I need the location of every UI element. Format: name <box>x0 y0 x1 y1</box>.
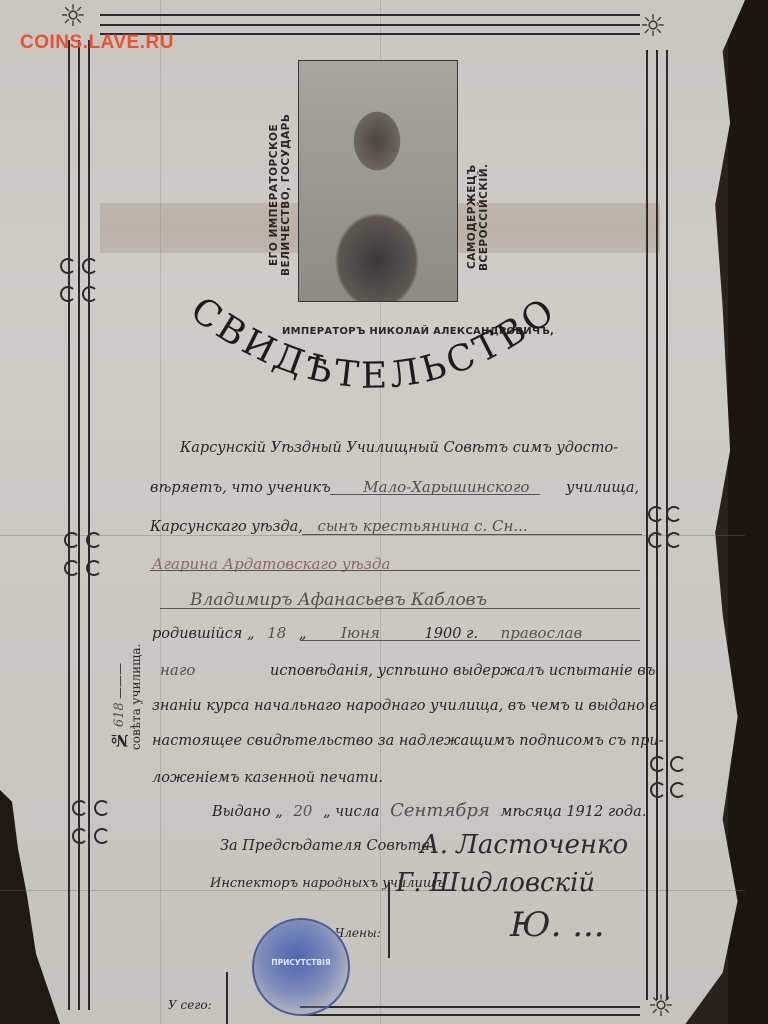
body-line-5: Владимиръ Афанасьевъ Кабловъ <box>190 590 487 610</box>
scroll-ornament-icon <box>60 258 76 274</box>
number-label: № <box>110 731 129 750</box>
scroll-ornament-icon <box>648 506 664 522</box>
issued-mid: „ числа <box>323 804 379 820</box>
parent-status: сынъ крестьянина с. Сн... <box>318 517 528 535</box>
official-stamp: ПРИСУТСТВІЯ <box>252 918 350 1016</box>
bracket-line2: училища. <box>129 644 143 705</box>
fold-line <box>0 535 745 536</box>
body-line-3-prefix: Карсунскаго уѣзда, <box>150 519 303 535</box>
member-signature-2: Ю. ... <box>510 905 605 945</box>
body-line-9: настоящее свидѣтельство за надлежащимъ п… <box>152 733 664 749</box>
scroll-ornament-icon <box>648 532 664 548</box>
body-line-2-prefix: вѣряетъ, что ученикъ <box>150 480 331 496</box>
scroll-ornament-icon <box>670 782 686 798</box>
scroll-ornament-icon <box>60 286 76 302</box>
svg-text:СВИДѢТЕЛЬСТВО.: СВИДѢТЕЛЬСТВО. <box>180 290 565 397</box>
body-line-10: ложеніемъ казенной печати. <box>152 770 383 786</box>
corner-sun-ornament-icon: ☼ <box>636 10 670 44</box>
fill-line <box>300 640 640 641</box>
body-line-1: Карсунскій Уѣздный Училищный Совѣтъ симъ… <box>180 440 618 456</box>
emperor-portrait <box>298 60 458 302</box>
scroll-ornament-icon <box>650 782 666 798</box>
scroll-ornament-icon <box>670 756 686 772</box>
scroll-ornament-icon <box>666 506 682 522</box>
issued-month: Сентября <box>390 800 490 821</box>
body-line-2-suffix: училища, <box>566 480 639 496</box>
stamp-text: ПРИСУТСТВІЯ <box>254 958 348 967</box>
issued-suffix: мѣсяца 1912 года. <box>500 804 646 820</box>
secretary-label: У сего: <box>168 998 212 1012</box>
certificate-title: СВИДѢТЕЛЬСТВО. <box>180 290 580 420</box>
title-text: СВИДѢТЕЛЬСТВО. <box>180 290 565 397</box>
scroll-ornament-icon <box>94 828 110 844</box>
corner-sun-ornament-icon: ☼ <box>56 0 90 34</box>
scroll-ornament-icon <box>72 800 88 816</box>
scroll-ornament-icon <box>666 532 682 548</box>
fill-line <box>150 570 640 571</box>
issued-day: 20 <box>293 802 312 820</box>
watermark: COINS.LAVE.RU <box>20 32 174 54</box>
number-value: 618 <box>112 702 127 727</box>
student-name: Владимиръ Афанасьевъ Кабловъ <box>190 590 487 610</box>
fill-line <box>330 494 540 495</box>
bracket-line <box>388 882 390 958</box>
bracket-line1: совѣта <box>129 708 143 750</box>
scroll-ornament-icon <box>82 286 98 302</box>
scroll-ornament-icon <box>650 756 666 772</box>
body-line-7-text: исповѣданія, успѣшно выдержалъ испытаніе… <box>270 663 655 679</box>
scroll-ornament-icon <box>64 532 80 548</box>
fill-line <box>302 534 642 535</box>
inspector-signature: А. Ласточенко <box>420 830 628 860</box>
scroll-ornament-icon <box>72 828 88 844</box>
religion-suffix: наго <box>160 661 195 679</box>
scroll-ornament-icon <box>86 532 102 548</box>
body-line-3: Карсунскаго уѣзда, сынъ крестьянина с. С… <box>150 517 528 535</box>
fold-line <box>160 0 161 1024</box>
birth-prefix: родившійся „ <box>152 626 255 642</box>
chair-label: За Предсѣдателя Совѣта <box>220 838 430 854</box>
background-shadow <box>728 0 768 1024</box>
portrait-side-text-left: ЕГО ИМПЕРАТОРСКОЕ ВЕЛИЧЕСТВО, ГОСУДАРЬ <box>268 100 290 290</box>
body-line-7: наго исповѣданія, успѣшно выдержалъ испы… <box>160 661 655 679</box>
scroll-ornament-icon <box>64 560 80 576</box>
body-line-8: знаніи курса начальнаго народнаго училищ… <box>152 698 658 714</box>
bracket-line <box>226 972 228 1024</box>
members-label: Члены: <box>335 926 381 940</box>
scroll-ornament-icon <box>82 258 98 274</box>
birth-day: 18 <box>267 624 286 642</box>
scroll-ornament-icon <box>94 800 110 816</box>
issued-line: Выдано „ 20 „ числа Сентября мѣсяца 1912… <box>212 800 646 821</box>
issued-prefix: Выдано „ <box>212 804 283 820</box>
member-signature-1: Г. Шидловскій <box>396 868 595 898</box>
registration-number-block: № 618 ——— совѣта училища. <box>110 580 150 750</box>
fill-line <box>160 608 640 609</box>
scroll-ornament-icon <box>86 560 102 576</box>
corner-sun-ornament-icon: ☼ <box>644 990 678 1024</box>
